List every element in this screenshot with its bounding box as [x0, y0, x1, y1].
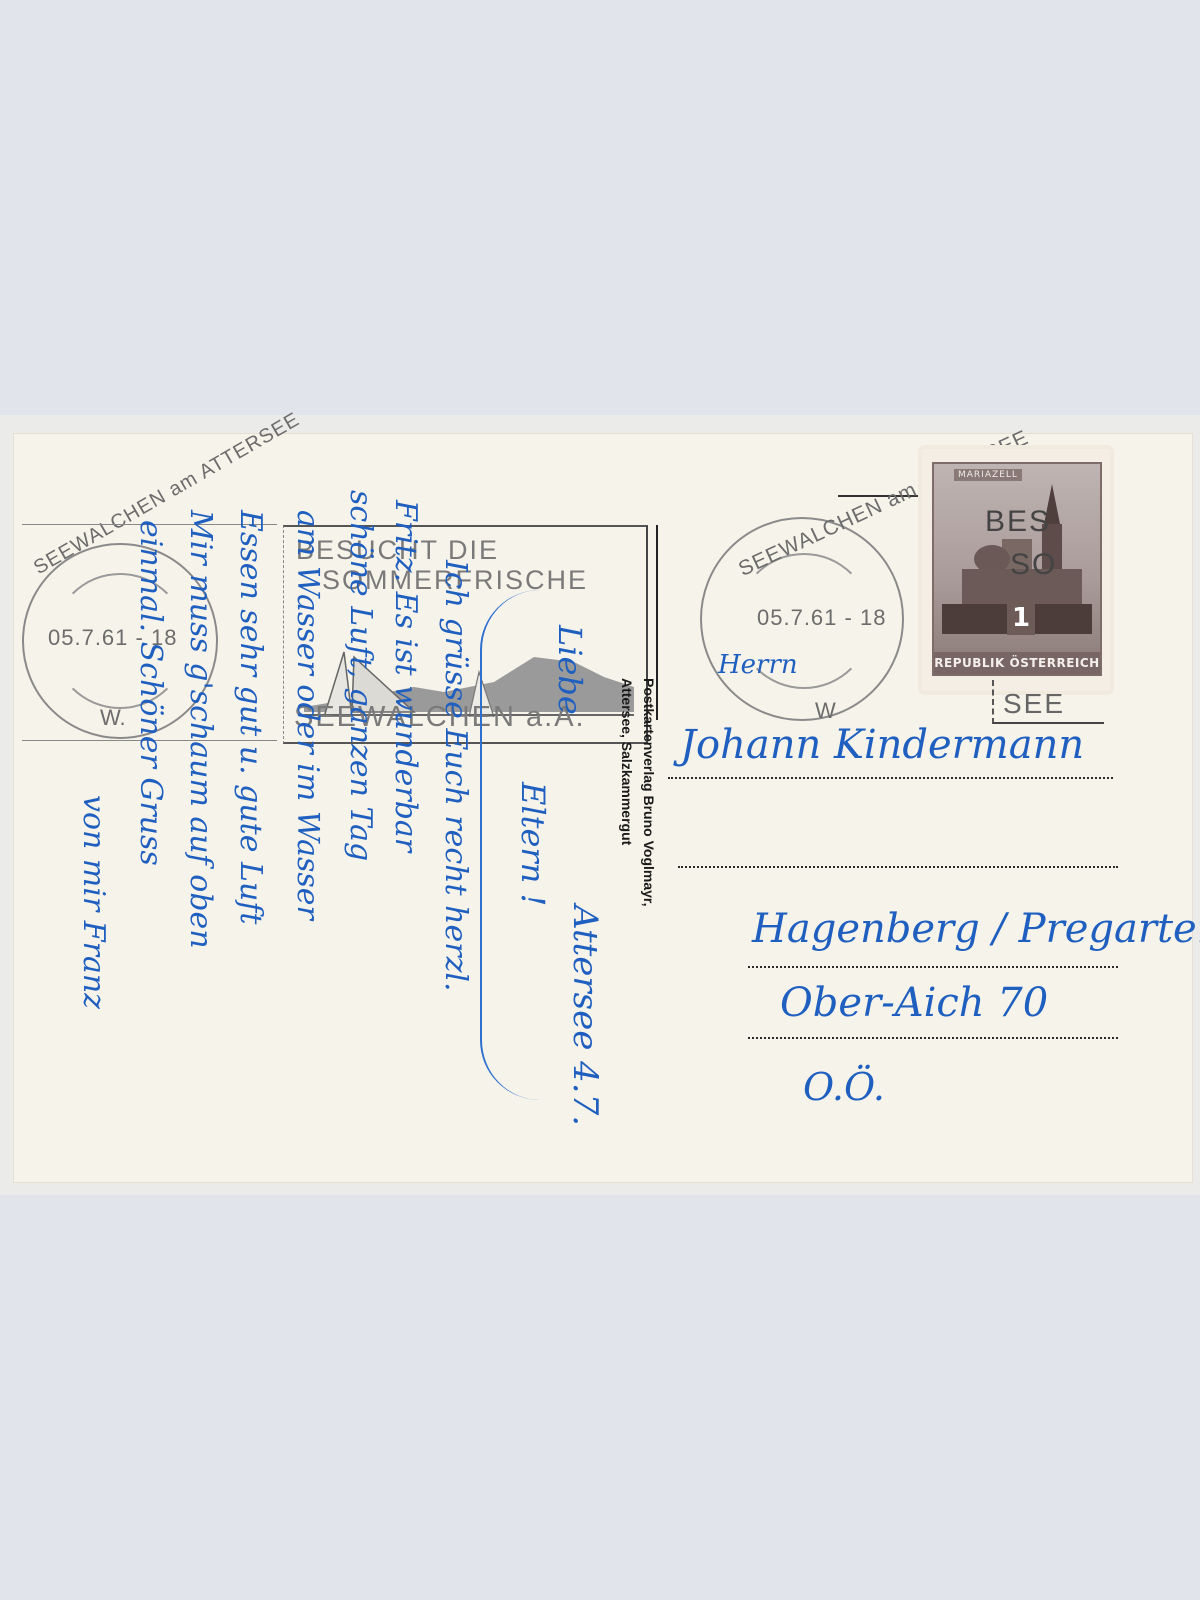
message-line-7: einmal. Schöner Gruss [135, 520, 165, 866]
stamp-overprint-1: BES [985, 505, 1051, 539]
address-town: Hagenberg / Pregarten [752, 906, 1200, 952]
address-line-3 [748, 966, 1118, 968]
message-signature: von mir Franz [78, 795, 108, 1009]
message-line-3: schöne Luft, ganzen Tag [345, 490, 375, 861]
message-line-4: am Wasser oder im Wasser [292, 510, 322, 920]
stamp-overprint-3: SEE [1003, 688, 1065, 720]
address-street: Ober-Aich 70 [780, 980, 1048, 1026]
message-place-date: Attersee 4.7. [570, 905, 600, 1126]
address-title: Herrn [718, 650, 798, 680]
message-salutation-1: Liebe [555, 625, 585, 715]
stamp-country: REPUBLIK ÖSTERREICH [934, 652, 1100, 674]
salutation-flourish [480, 590, 542, 1100]
address-line-2 [678, 866, 1118, 868]
message-line-1: Ich grüsse Euch recht herzl. [440, 560, 470, 992]
right-postmark-code: W [815, 698, 836, 724]
message-line-2: Fritz. Es ist wunderbar [390, 500, 420, 852]
left-postmark-code: W. [100, 705, 126, 731]
address-line-1 [668, 777, 1113, 779]
stamp-overprint-2: SO [1010, 548, 1057, 582]
right-postmark-date: 05.7.61 - 18 [757, 605, 886, 631]
message-line-5: Essen sehr gut u. gute Luft [235, 510, 265, 924]
stamp-value: 1 [1007, 601, 1035, 635]
stamp-title: MARIAZELL [954, 469, 1022, 481]
address-region: O.Ö. [803, 1065, 885, 1109]
message-line-6: Mir muss g'schaum auf oben [185, 510, 215, 949]
imprint-line-2: Attersee, Salzkammergut [616, 678, 638, 906]
imprint-line-1: Postkartenverlag Bruno Voglmayr, [638, 678, 660, 906]
publisher-imprint: Postkartenverlag Bruno Voglmayr, Atterse… [616, 678, 660, 906]
address-line-4 [748, 1037, 1118, 1039]
address-name: Johann Kindermann [680, 722, 1084, 768]
